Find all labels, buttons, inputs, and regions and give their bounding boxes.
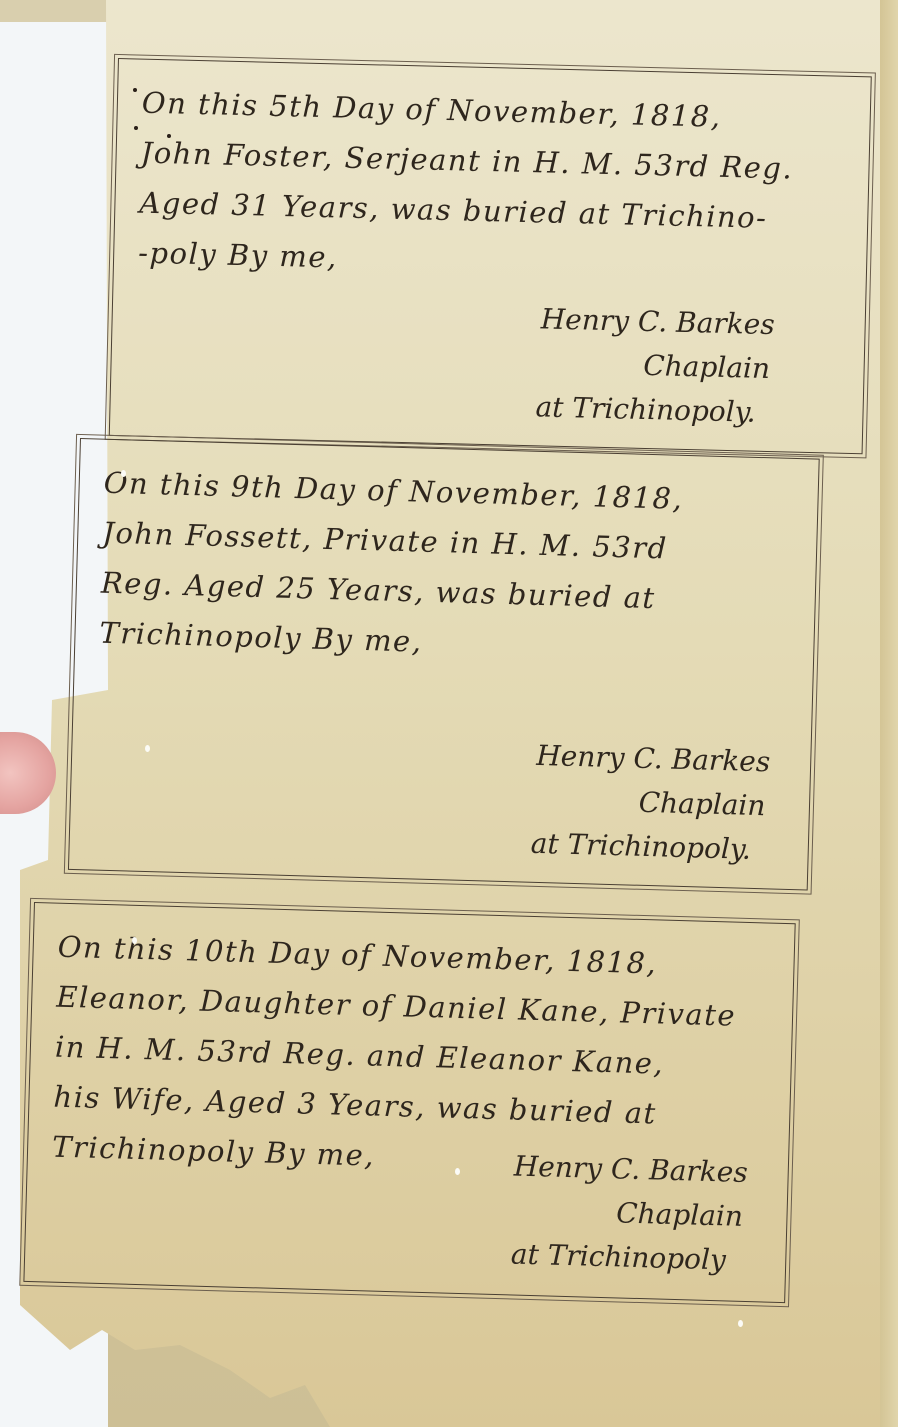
chaplain-signature: Henry C. Barkes Chaplain at Trichinopoly…: [553, 734, 771, 872]
pinhole-mark: [134, 126, 138, 130]
signature-name: Henry C. Barkes: [513, 1145, 748, 1196]
record-entry-text: On this 9th Day of November, 1818, John …: [99, 458, 800, 677]
signature-place: at Trichinopoly.: [513, 821, 768, 872]
signature-title: Chaplain: [639, 344, 774, 391]
signature-name: Henry C. Barkes: [536, 734, 771, 785]
signature-name: Henry C. Barkes: [540, 297, 775, 347]
paper-speck: [132, 937, 137, 944]
signature-title: Chaplain: [634, 781, 769, 829]
paper-speck: [738, 1320, 743, 1327]
pinhole-mark: [133, 88, 137, 92]
chaplain-signature: Henry C. Barkes Chaplain at Trichinopoly…: [558, 298, 775, 435]
paper-speck: [455, 1168, 460, 1175]
paper-speck: [121, 470, 126, 477]
record-entry-text: On this 5th Day of November, 1818, John …: [138, 78, 853, 295]
signature-place: at Trichinopoly.: [518, 385, 773, 435]
burial-record-2: On this 9th Day of November, 1818, John …: [68, 438, 820, 890]
burial-record-3: On this 10th Day of November, 1818, Elea…: [23, 902, 795, 1303]
chaplain-signature: Henry C. Barkes Chaplain at Trichinopoly: [531, 1145, 749, 1283]
paper-speck: [145, 745, 150, 752]
burial-record-1: On this 5th Day of November, 1818, John …: [109, 58, 872, 454]
pinhole-mark: [167, 134, 171, 138]
signature-place: at Trichinopoly: [491, 1232, 746, 1283]
signature-title: Chaplain: [612, 1191, 747, 1239]
